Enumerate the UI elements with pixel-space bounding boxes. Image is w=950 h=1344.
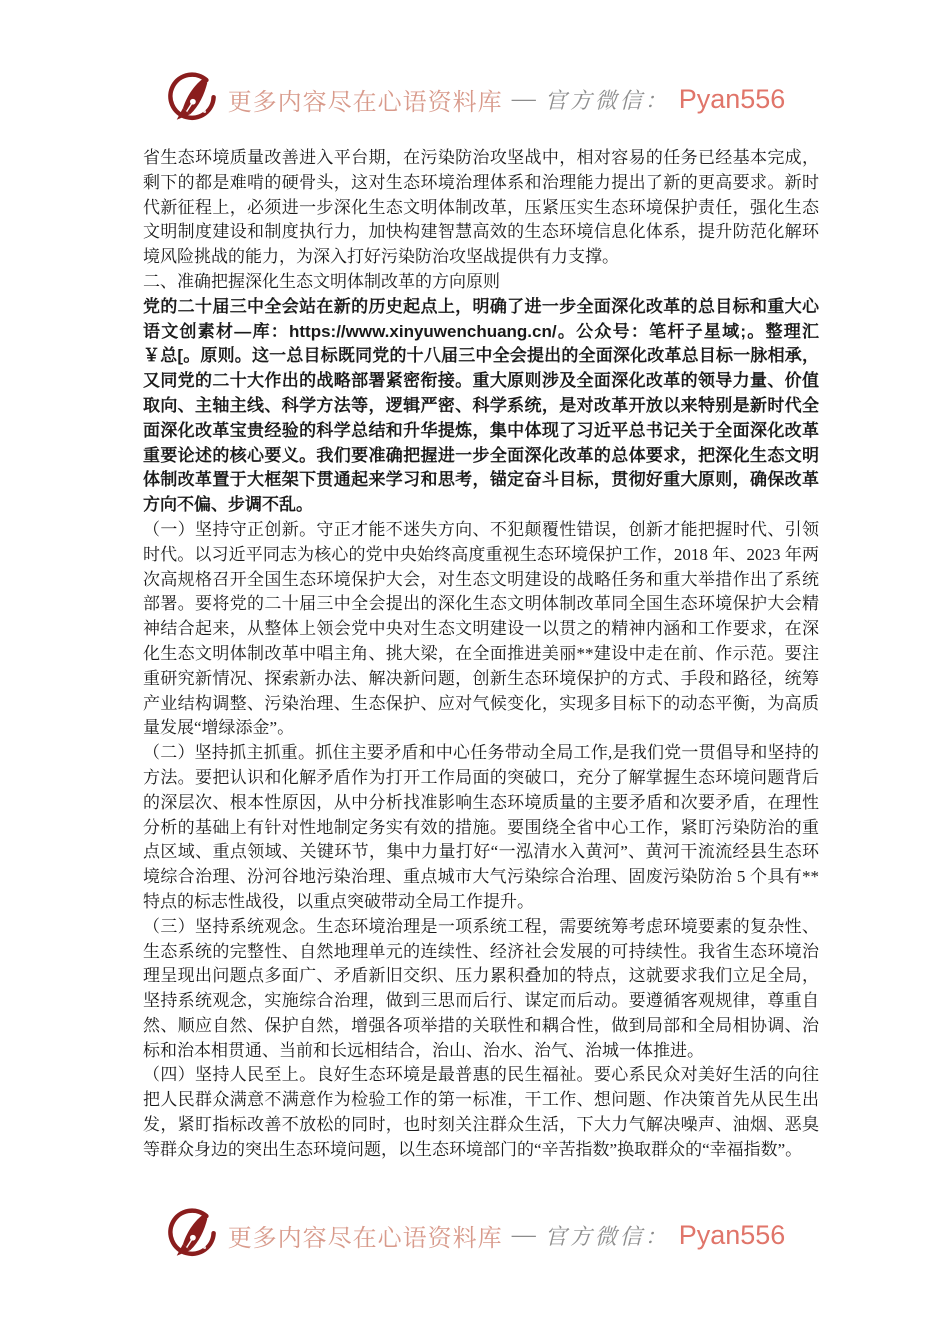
watermark-dash: — xyxy=(512,1222,536,1249)
paragraph: （一）坚持守正创新。守正才能不迷失方向、不犯颠覆性错误，创新才能把握时代、引领时… xyxy=(143,518,819,741)
paragraph: （三）坚持系统观念。生态环境治理是一项系统工程，需要统筹考虑环境要素的复杂性、生… xyxy=(143,915,819,1064)
pen-nib-swirl-logo-icon xyxy=(165,1208,219,1262)
paragraph: 党的二十届三中全会站在新的历史起点上，明确了进一步全面深化改革的总目标和重大心语… xyxy=(143,295,819,518)
paragraph: 省生态环境质量改善进入平台期，在污染防治攻坚战中，相对容易的任务已经基本完成，剩… xyxy=(143,146,819,270)
paragraph: （四）坚持人民至上。良好生态环境是最普惠的民生福祉。要心系民众对美好生活的向往把… xyxy=(143,1063,819,1162)
document-body: 省生态环境质量改善进入平台期，在污染防治攻坚战中，相对容易的任务已经基本完成，剩… xyxy=(143,146,819,1163)
watermark-wechat-label: 官方微信： xyxy=(545,84,670,115)
watermark-footer: 更多内容尽在心语资料库 — 官方微信： Pyan556 xyxy=(0,1208,950,1262)
watermark-wechat-id: Pyan556 xyxy=(679,84,786,115)
paragraph: （二）坚持抓主抓重。抓住主要矛盾和中心任务带动全局工作,是我们党一贯倡导和坚持的… xyxy=(143,741,819,915)
section-heading: 二、准确把握深化生态文明体制改革的方向原则 xyxy=(143,270,819,295)
watermark-main-text: 更多内容尽在心语资料库 xyxy=(228,82,503,117)
watermark-dash: — xyxy=(512,86,536,113)
watermark-wechat-label: 官方微信： xyxy=(545,1220,670,1251)
watermark-header: 更多内容尽在心语资料库 — 官方微信： Pyan556 xyxy=(0,72,950,126)
watermark-wechat-id: Pyan556 xyxy=(679,1220,786,1251)
watermark-main-text: 更多内容尽在心语资料库 xyxy=(228,1218,503,1253)
pen-nib-swirl-logo-icon xyxy=(165,72,219,126)
